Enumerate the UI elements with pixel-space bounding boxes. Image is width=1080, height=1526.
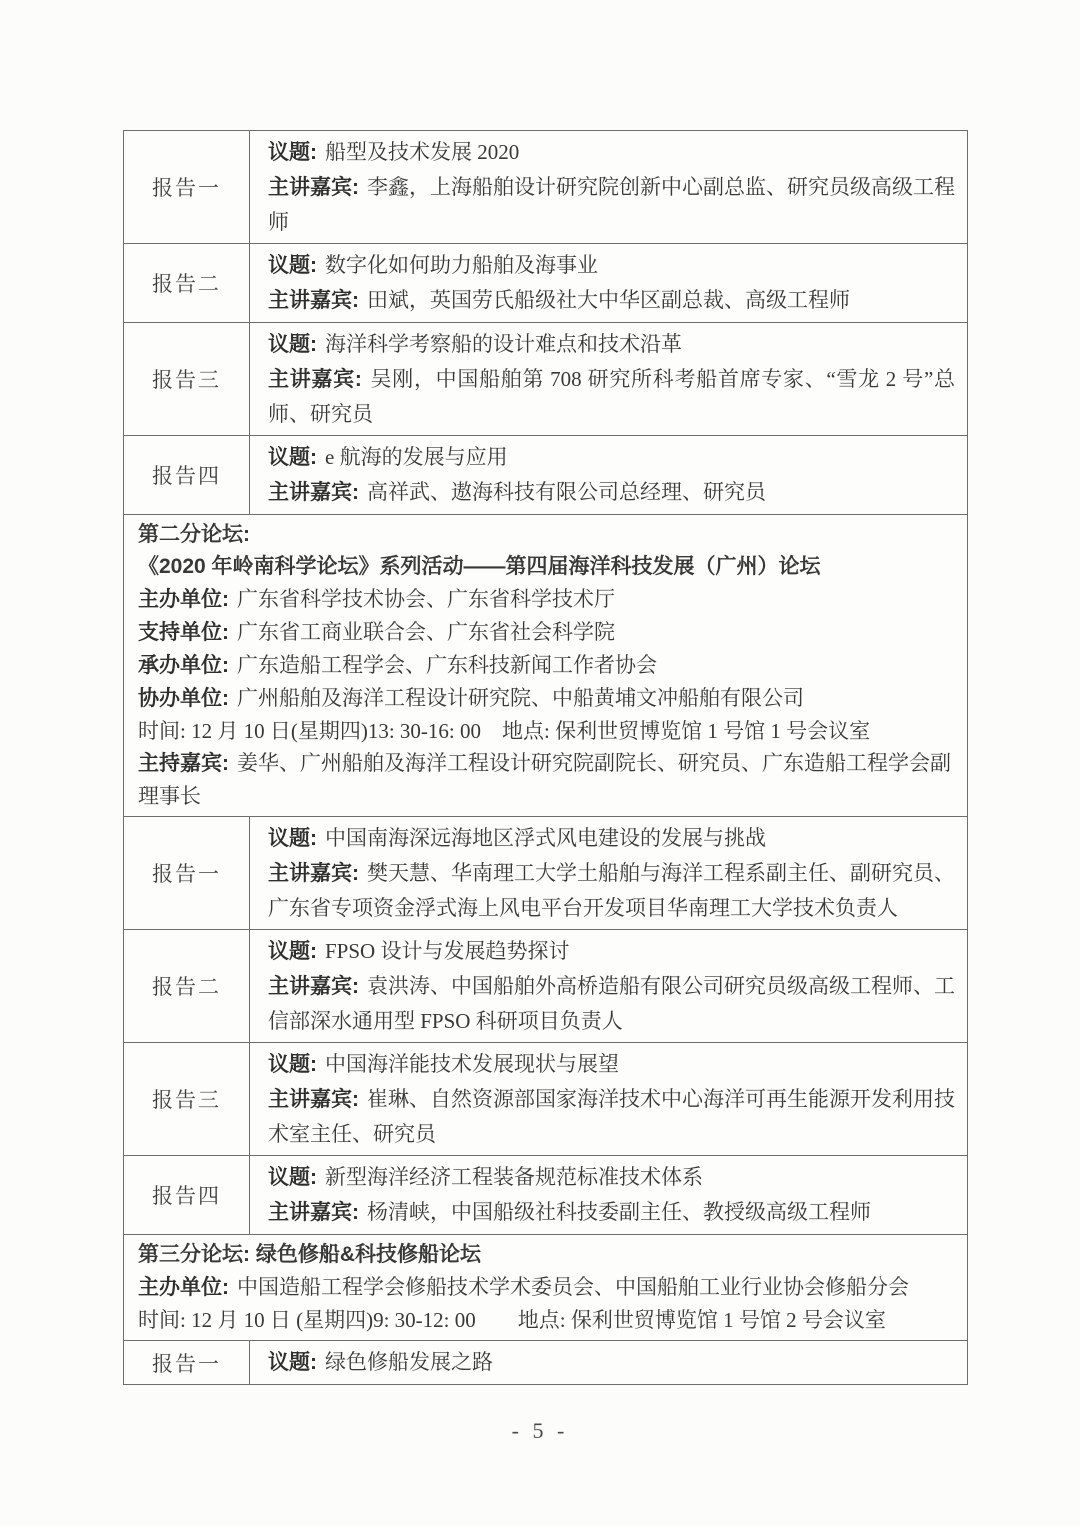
- speaker-text: 高祥武、遨海科技有限公司总经理、研究员: [367, 480, 766, 504]
- speaker-label: 主讲嘉宾:: [268, 289, 359, 312]
- report-number-cell: 报告一: [124, 1341, 250, 1384]
- topic-text: 海洋科学考察船的设计难点和技术沿革: [325, 332, 682, 356]
- host-text: 广东省科学技术协会、广东省科学技术厅: [237, 587, 615, 611]
- topic-label: 议题:: [268, 141, 317, 164]
- topic-label: 议题:: [268, 446, 317, 469]
- topic-text: 中国海洋能技术发展现状与展望: [325, 1052, 619, 1076]
- report-number-cell: 报告四: [124, 436, 250, 514]
- speaker-line: 主讲嘉宾:樊天慧、华南理工大学土船舶与海洋工程系副主任、副研究员、广东省专项资金…: [268, 856, 955, 925]
- report-details-cell: 议题:海洋科学考察船的设计难点和技术沿革 主讲嘉宾:吴刚，中国船舶第 708 研…: [250, 323, 967, 435]
- speaker-line: 主讲嘉宾:杨清峡，中国船级社科技委副主任、教授级高级工程师: [268, 1195, 955, 1230]
- topic-line: 议题:e 航海的发展与应用: [268, 440, 955, 475]
- report-details-cell: 议题:中国海洋能技术发展现状与展望 主讲嘉宾:崔琳、自然资源部国家海洋技术中心海…: [250, 1043, 967, 1155]
- speaker-text: 吴刚，中国船舶第 708 研究所科考船首席专家、“雪龙 2 号”总师、研究员: [268, 367, 955, 426]
- topic-label: 议题:: [268, 333, 317, 356]
- forum1-report-row-1: 报告一 议题:船型及技术发展 2020 主讲嘉宾:李鑫，上海船舶设计研究院创新中…: [124, 131, 967, 243]
- topic-text: 绿色修船发展之路: [325, 1350, 493, 1374]
- speaker-label: 主讲嘉宾:: [268, 1088, 359, 1111]
- forum1-report-row-2: 报告二 议题:数字化如何助力船舶及海事业 主讲嘉宾:田斌，英国劳氏船级社大中华区…: [124, 243, 967, 322]
- report-number-cell: 报告二: [124, 930, 250, 1042]
- support-label: 支持单位:: [138, 621, 229, 644]
- forum2-heading: 第二分论坛:: [138, 519, 955, 551]
- speaker-label: 主讲嘉宾:: [268, 368, 362, 391]
- topic-line: 议题:FPSO 设计与发展趋势探讨: [268, 934, 955, 969]
- report-details-cell: 议题:数字化如何助力船舶及海事业 主讲嘉宾:田斌，英国劳氏船级社大中华区副总裁、…: [250, 244, 967, 322]
- forum1-report-row-4: 报告四 议题:e 航海的发展与应用 主讲嘉宾:高祥武、遨海科技有限公司总经理、研…: [124, 435, 967, 514]
- forum3-info-row: 第三分论坛: 绿色修船&科技修船论坛 主办单位:中国造船工程学会修船技术学术委员…: [124, 1234, 967, 1340]
- forum2-report-row-3: 报告三 议题:中国海洋能技术发展现状与展望 主讲嘉宾:崔琳、自然资源部国家海洋技…: [124, 1042, 967, 1155]
- topic-line: 议题:新型海洋经济工程装备规范标准技术体系: [268, 1160, 955, 1195]
- topic-label: 议题:: [268, 1166, 317, 1189]
- report-number-cell: 报告一: [124, 131, 250, 243]
- forum1-report-row-3: 报告三 议题:海洋科学考察船的设计难点和技术沿革 主讲嘉宾:吴刚，中国船舶第 7…: [124, 322, 967, 435]
- topic-line: 议题:中国南海深远海地区浮式风电建设的发展与挑战: [268, 821, 955, 856]
- report-number-cell: 报告二: [124, 244, 250, 322]
- forum3-report-row-1: 报告一 议题:绿色修船发展之路: [124, 1340, 967, 1384]
- speaker-label: 主讲嘉宾:: [268, 1201, 359, 1224]
- forum2-support-line: 支持单位:广东省工商业联合会、广东省社会科学院: [138, 616, 955, 649]
- topic-label: 议题:: [268, 827, 317, 850]
- speaker-line: 主讲嘉宾:李鑫，上海船舶设计研究院创新中心副总监、研究员级高级工程师: [268, 170, 955, 239]
- topic-line: 议题:数字化如何助力船舶及海事业: [268, 248, 955, 283]
- speaker-text: 樊天慧、华南理工大学土船舶与海洋工程系副主任、副研究员、广东省专项资金浮式海上风…: [268, 861, 955, 920]
- topic-label: 议题:: [268, 1351, 317, 1374]
- topic-label: 议题:: [268, 254, 317, 277]
- speaker-text: 杨清峡，中国船级社科技委副主任、教授级高级工程师: [367, 1200, 871, 1224]
- forum3-schedule-line: 时间: 12 月 10 日 (星期四)9: 30-12: 00 地点: 保利世贸…: [138, 1304, 955, 1336]
- speaker-label: 主讲嘉宾:: [268, 481, 359, 504]
- forum2-chair-line: 主持嘉宾:姜华、广州船舶及海洋工程设计研究院副院长、研究员、广东造船工程学会副理…: [138, 747, 955, 812]
- forum-program-table: 报告一 议题:船型及技术发展 2020 主讲嘉宾:李鑫，上海船舶设计研究院创新中…: [123, 130, 968, 1385]
- report-number-cell: 报告四: [124, 1156, 250, 1234]
- forum2-report-row-1: 报告一 议题:中国南海深远海地区浮式风电建设的发展与挑战 主讲嘉宾:樊天慧、华南…: [124, 816, 967, 929]
- document-page: 报告一 议题:船型及技术发展 2020 主讲嘉宾:李鑫，上海船舶设计研究院创新中…: [0, 0, 1080, 1526]
- topic-text: 数字化如何助力船舶及海事业: [325, 253, 598, 277]
- topic-line: 议题:中国海洋能技术发展现状与展望: [268, 1047, 955, 1082]
- forum2-coorganizer-line: 协办单位:广州船舶及海洋工程设计研究院、中船黄埔文冲船舶有限公司: [138, 682, 955, 715]
- forum3-section: 第三分论坛: 绿色修船&科技修船论坛 主办单位:中国造船工程学会修船技术学术委员…: [124, 1235, 967, 1340]
- host-label: 主办单位:: [138, 588, 229, 611]
- organizer-text: 广东造船工程学会、广东科技新闻工作者协会: [237, 653, 657, 677]
- report-number-cell: 报告三: [124, 1043, 250, 1155]
- report-number-cell: 报告一: [124, 817, 250, 929]
- forum2-section: 第二分论坛: 《2020 年岭南科学论坛》系列活动——第四届海洋科技发展（广州）…: [124, 515, 967, 816]
- speaker-text: 袁洪涛、中国船舶外高桥造船有限公司研究员级高级工程师、工信部深水通用型 FPSO…: [268, 974, 955, 1033]
- forum2-title: 《2020 年岭南科学论坛》系列活动——第四届海洋科技发展（广州）论坛: [138, 551, 955, 583]
- speaker-line: 主讲嘉宾:高祥武、遨海科技有限公司总经理、研究员: [268, 475, 955, 510]
- report-details-cell: 议题:新型海洋经济工程装备规范标准技术体系 主讲嘉宾:杨清峡，中国船级社科技委副…: [250, 1156, 967, 1234]
- topic-line: 议题:船型及技术发展 2020: [268, 135, 955, 170]
- topic-text: 新型海洋经济工程装备规范标准技术体系: [325, 1165, 703, 1189]
- page-number: - 5 -: [0, 1418, 1080, 1444]
- support-text: 广东省工商业联合会、广东省社会科学院: [237, 620, 615, 644]
- topic-label: 议题:: [268, 940, 317, 963]
- report-details-cell: 议题:e 航海的发展与应用 主讲嘉宾:高祥武、遨海科技有限公司总经理、研究员: [250, 436, 967, 514]
- host-text: 中国造船工程学会修船技术学术委员会、中国船舶工业行业协会修船分会: [237, 1275, 909, 1299]
- report-details-cell: 议题:船型及技术发展 2020 主讲嘉宾:李鑫，上海船舶设计研究院创新中心副总监…: [250, 131, 967, 243]
- coorganizer-text: 广州船舶及海洋工程设计研究院、中船黄埔文冲船舶有限公司: [237, 686, 804, 710]
- forum3-heading: 第三分论坛: 绿色修船&科技修船论坛: [138, 1239, 955, 1271]
- speaker-line: 主讲嘉宾:崔琳、自然资源部国家海洋技术中心海洋可再生能源开发利用技术室主任、研究…: [268, 1082, 955, 1151]
- speaker-line: 主讲嘉宾:袁洪涛、中国船舶外高桥造船有限公司研究员级高级工程师、工信部深水通用型…: [268, 969, 955, 1038]
- topic-text: 船型及技术发展 2020: [325, 140, 519, 164]
- topic-line: 议题:海洋科学考察船的设计难点和技术沿革: [268, 327, 955, 362]
- report-details-cell: 议题:FPSO 设计与发展趋势探讨 主讲嘉宾:袁洪涛、中国船舶外高桥造船有限公司…: [250, 930, 967, 1042]
- topic-line: 议题:绿色修船发展之路: [268, 1345, 955, 1380]
- topic-text: e 航海的发展与应用: [325, 445, 508, 469]
- report-details-cell: 议题:中国南海深远海地区浮式风电建设的发展与挑战 主讲嘉宾:樊天慧、华南理工大学…: [250, 817, 967, 929]
- report-number-cell: 报告三: [124, 323, 250, 435]
- forum2-schedule-line: 时间: 12 月 10 日(星期四)13: 30-16: 00 地点: 保利世贸…: [138, 715, 955, 747]
- topic-text: FPSO 设计与发展趋势探讨: [325, 939, 569, 963]
- report-details-cell: 议题:绿色修船发展之路: [250, 1341, 967, 1384]
- forum2-organizer-line: 承办单位:广东造船工程学会、广东科技新闻工作者协会: [138, 649, 955, 682]
- speaker-text: 崔琳、自然资源部国家海洋技术中心海洋可再生能源开发利用技术室主任、研究员: [268, 1087, 955, 1146]
- forum2-info-row: 第二分论坛: 《2020 年岭南科学论坛》系列活动——第四届海洋科技发展（广州）…: [124, 514, 967, 816]
- speaker-label: 主讲嘉宾:: [268, 862, 359, 885]
- host-label: 主办单位:: [138, 1276, 229, 1299]
- speaker-line: 主讲嘉宾:吴刚，中国船舶第 708 研究所科考船首席专家、“雪龙 2 号”总师、…: [268, 362, 955, 431]
- speaker-label: 主讲嘉宾:: [268, 975, 359, 998]
- forum2-host-line: 主办单位:广东省科学技术协会、广东省科学技术厅: [138, 583, 955, 616]
- forum2-report-row-2: 报告二 议题:FPSO 设计与发展趋势探讨 主讲嘉宾:袁洪涛、中国船舶外高桥造船…: [124, 929, 967, 1042]
- chair-label: 主持嘉宾:: [138, 752, 229, 775]
- organizer-label: 承办单位:: [138, 654, 229, 677]
- forum2-report-row-4: 报告四 议题:新型海洋经济工程装备规范标准技术体系 主讲嘉宾:杨清峡，中国船级社…: [124, 1155, 967, 1234]
- speaker-line: 主讲嘉宾:田斌，英国劳氏船级社大中华区副总裁、高级工程师: [268, 283, 955, 318]
- coorganizer-label: 协办单位:: [138, 687, 229, 710]
- topic-label: 议题:: [268, 1053, 317, 1076]
- topic-text: 中国南海深远海地区浮式风电建设的发展与挑战: [325, 826, 766, 850]
- chair-text: 姜华、广州船舶及海洋工程设计研究院副院长、研究员、广东造船工程学会副理事长: [138, 751, 951, 808]
- forum3-host-line: 主办单位:中国造船工程学会修船技术学术委员会、中国船舶工业行业协会修船分会: [138, 1271, 955, 1304]
- speaker-label: 主讲嘉宾:: [268, 176, 359, 199]
- speaker-text: 田斌，英国劳氏船级社大中华区副总裁、高级工程师: [367, 288, 850, 312]
- speaker-text: 李鑫，上海船舶设计研究院创新中心副总监、研究员级高级工程师: [268, 175, 955, 234]
